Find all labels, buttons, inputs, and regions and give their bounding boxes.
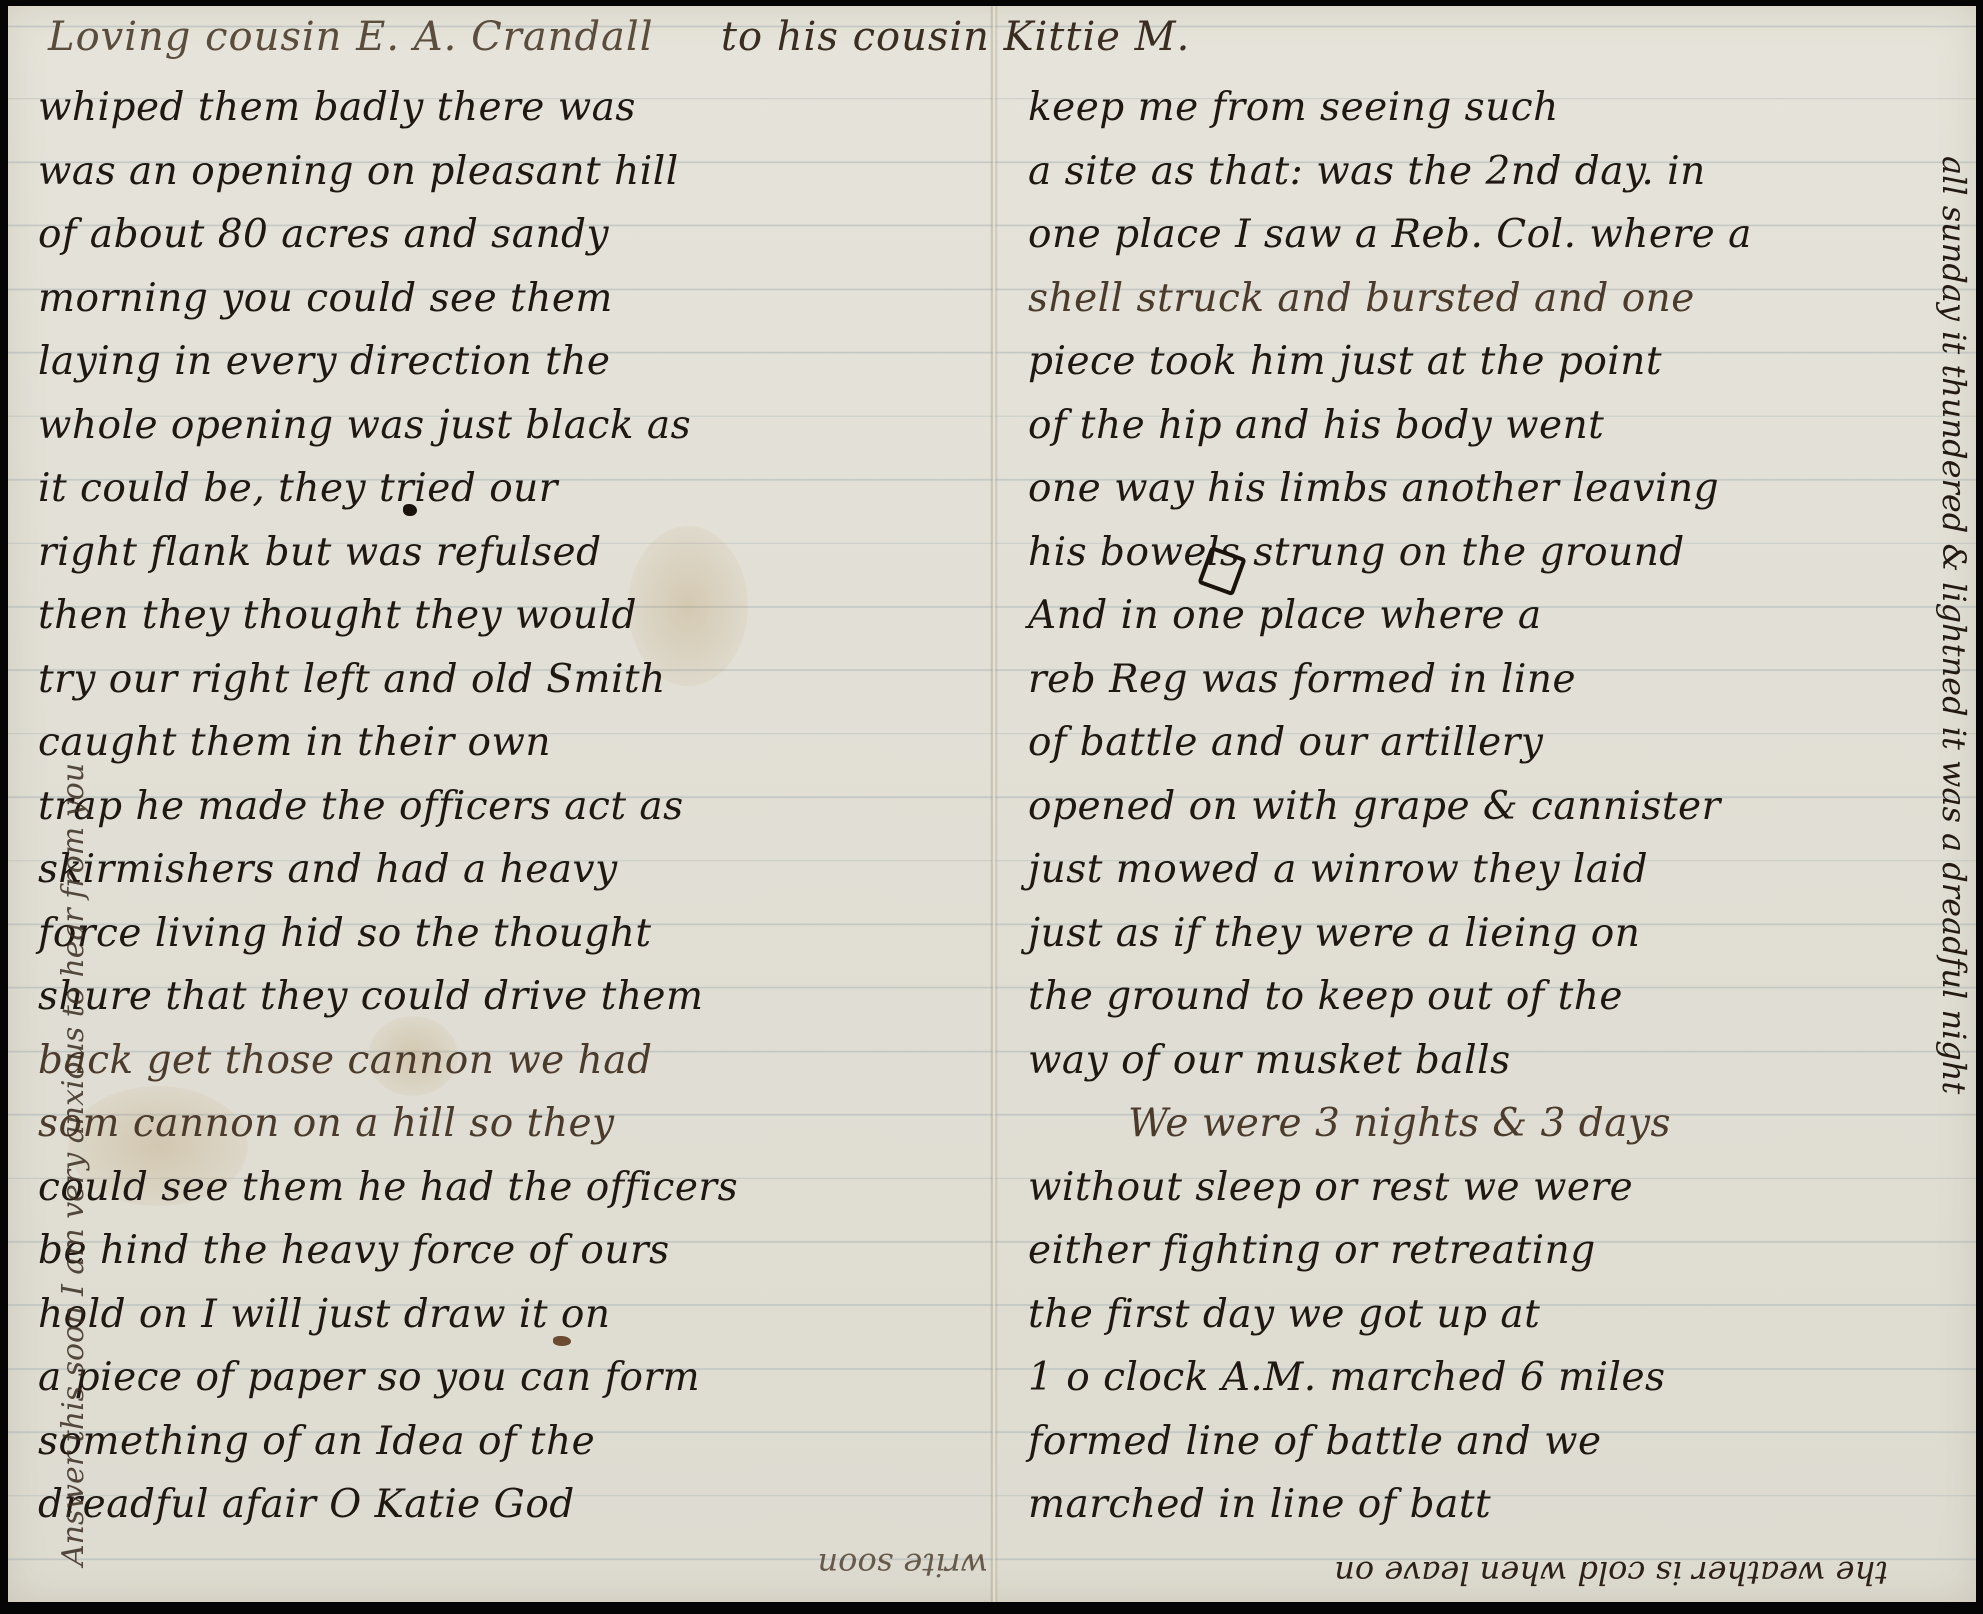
ink-blot	[553, 1336, 571, 1346]
text-line: marched in line of batt	[998, 1475, 1976, 1539]
text-line: morning you could see them	[8, 269, 990, 333]
text-line: force living hid so the thought	[8, 904, 990, 968]
text-line: dreadful afair O Katie God	[8, 1475, 990, 1539]
text-line: som cannon on a hill so they	[8, 1094, 990, 1158]
text-line: of about 80 acres and sandy	[8, 205, 990, 269]
text-line: And in one place where a	[998, 586, 1976, 650]
text-line: right flank but was refulsed	[8, 523, 990, 587]
text-line: just mowed a winrow they laid	[998, 840, 1976, 904]
text-line: either fighting or retreating	[998, 1221, 1976, 1285]
ink-blot	[403, 504, 417, 516]
upside-down-note-right: the weather is cold when leave on	[998, 1554, 1888, 1592]
text-line: trap he made the officers act as	[8, 777, 990, 841]
upside-down-note-left: write soon	[608, 1546, 988, 1584]
text-line: keep me from seeing such	[998, 78, 1976, 142]
left-page: whiped them badly there was was an openi…	[8, 6, 990, 1602]
text-line: then they thought they would	[8, 586, 990, 650]
text-line: of battle and our artillery	[998, 713, 1976, 777]
right-page: keep me from seeing such a site as that:…	[998, 6, 1976, 1602]
text-line: shell struck and bursted and one	[998, 269, 1976, 333]
text-line: the ground to keep out of the	[998, 967, 1976, 1031]
text-line: try our right left and old Smith	[8, 650, 990, 714]
text-line: piece took him just at the point	[998, 332, 1976, 396]
text-line: We were 3 nights & 3 days	[998, 1094, 1976, 1158]
text-line: be hind the heavy force of ours	[8, 1221, 990, 1285]
text-line: could see them he had the officers	[8, 1158, 990, 1222]
text-line: was an opening on pleasant hill	[8, 142, 990, 206]
text-line: opened on with grape & cannister	[998, 777, 1976, 841]
text-line: hold on I will just draw it on	[8, 1285, 990, 1349]
letter-sheet: Loving cousin E. A. Crandall to his cous…	[8, 6, 1976, 1602]
text-line: laying in every direction the	[8, 332, 990, 396]
text-line: one way his limbs another leaving	[998, 459, 1976, 523]
text-line: just as if they were a lieing on	[998, 904, 1976, 968]
text-line: reb Reg was formed in line	[998, 650, 1976, 714]
text-line: caught them in their own	[8, 713, 990, 777]
text-line: whiped them badly there was	[8, 78, 990, 142]
text-line: back get those cannon we had	[8, 1031, 990, 1095]
text-line: formed line of battle and we	[998, 1412, 1976, 1476]
text-line: whole opening was just black as	[8, 396, 990, 460]
text-line: without sleep or rest we were	[998, 1158, 1976, 1222]
text-line: his bowels strung on the ground	[998, 523, 1976, 587]
text-line: of the hip and his body went	[998, 396, 1976, 460]
left-margin-vertical-note: Answer this soon I am very anxious to he…	[56, 66, 91, 1566]
center-fold	[990, 6, 998, 1602]
text-line: one place I saw a Reb. Col. where a	[998, 205, 1976, 269]
text-line: a piece of paper so you can form	[8, 1348, 990, 1412]
text-line: way of our musket balls	[998, 1031, 1976, 1095]
text-line: it could be, they tried our	[8, 459, 990, 523]
right-margin-vertical-note: all sunday it thundered & lightned it wa…	[1935, 156, 1973, 1606]
text-line: the first day we got up at	[998, 1285, 1976, 1349]
right-page-lines: keep me from seeing such a site as that:…	[998, 78, 1976, 1539]
text-line: a site as that: was the 2nd day. in	[998, 142, 1976, 206]
left-page-lines: whiped them badly there was was an openi…	[8, 78, 990, 1539]
text-line: something of an Idea of the	[8, 1412, 990, 1476]
text-line: skirmishers and had a heavy	[8, 840, 990, 904]
text-line: shure that they could drive them	[8, 967, 990, 1031]
text-line: 1 o clock A.M. marched 6 miles	[998, 1348, 1976, 1412]
